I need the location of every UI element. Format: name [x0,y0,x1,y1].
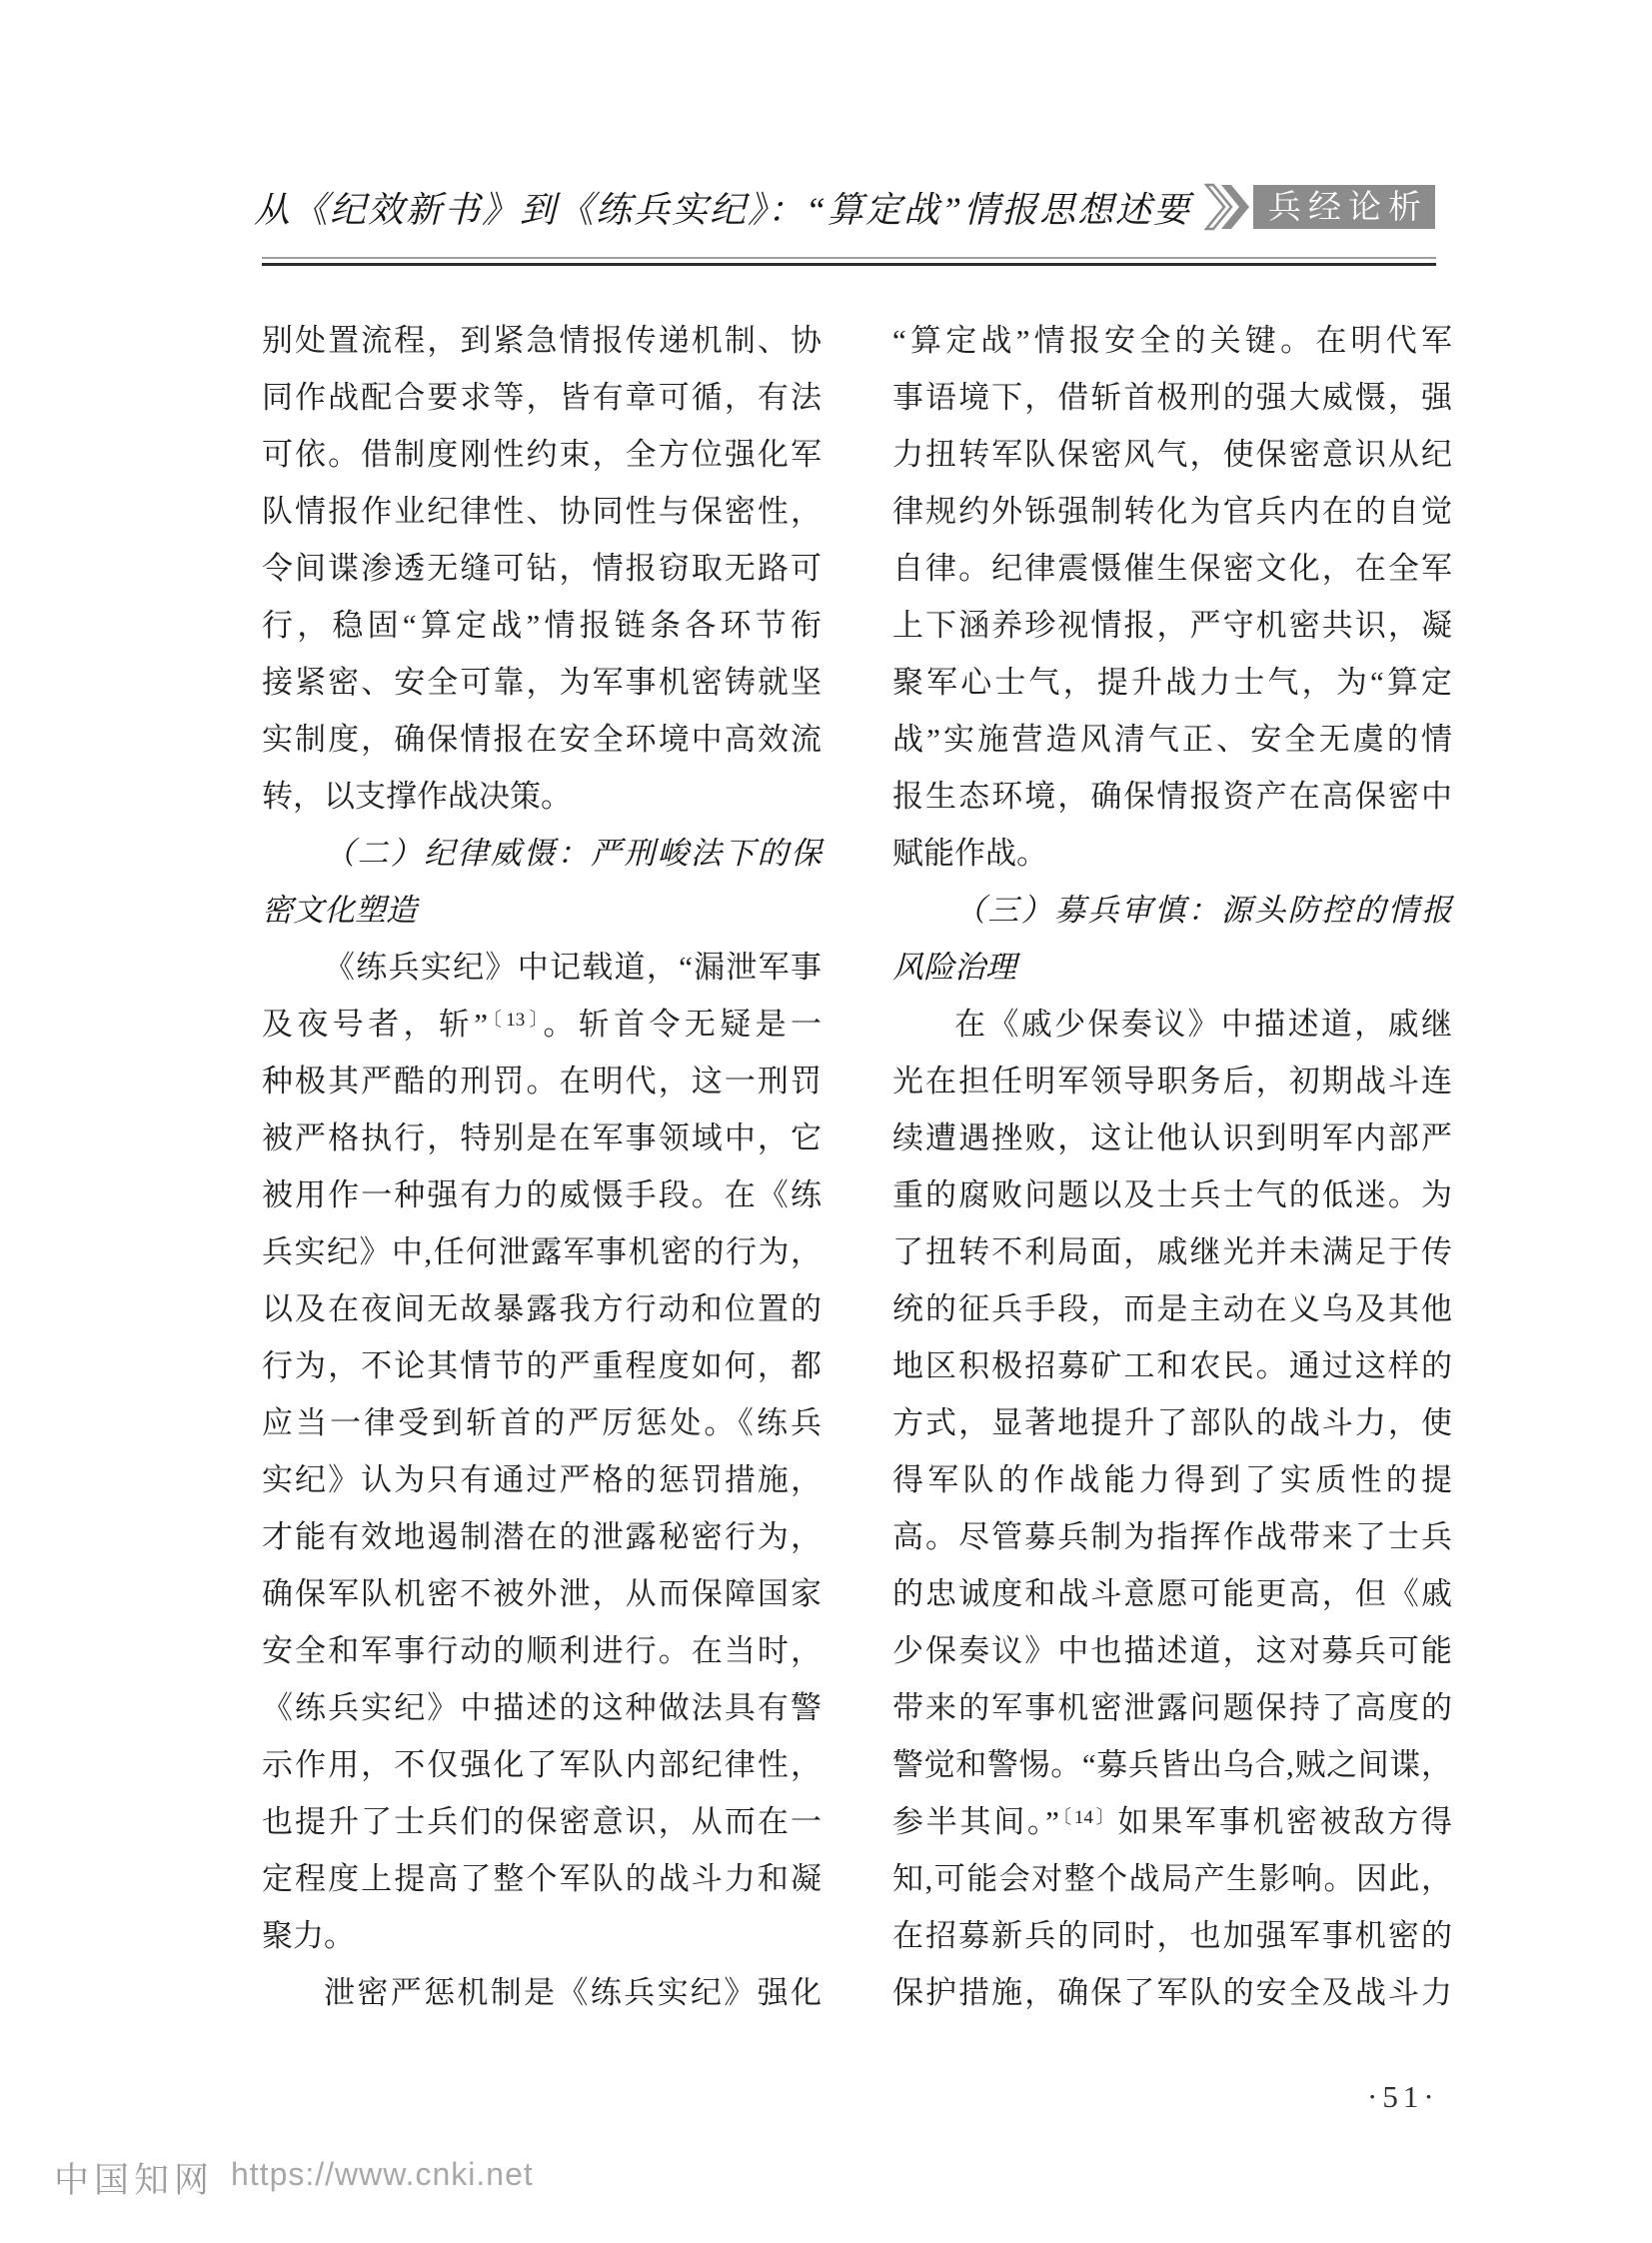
body-text-line: 泄密严惩机制是《练兵实纪》强化 [262,1964,822,2021]
body-text-line: 上下涵养珍视情报，严守机密共识，凝 [892,597,1452,654]
body-text-line: 带来的军事机密泄露问题保持了高度的 [892,1679,1452,1736]
body-text-line: 确保军队机密不被外泄，从而保障国家 [262,1565,822,1622]
scanned-paper-page: 从《纪效新书》到《练兵实纪》：“算定战”情报思想述要 兵经论析 别处置流程，到紧… [0,0,1652,2243]
body-text-line: 应当一律受到斩首的严厉惩处。《练兵 [262,1394,822,1451]
body-text-line: 了扭转不利局面，戚继光并未满足于传 [892,1223,1452,1280]
body-text-line: 《练兵实纪》中描述的这种做法具有警 [262,1679,822,1736]
body-text-line: 被用作一种强有力的威慑手段。在《练 [262,1166,822,1223]
body-text-line: 警觉和警惕。“募兵皆出乌合,贼之间谍， [892,1736,1452,1793]
body-text-line: 以及在夜间无故暴露我方行动和位置的 [262,1280,822,1337]
body-text-line: 同作战配合要求等，皆有章可循，有法 [262,369,822,426]
body-text-line: 别处置流程，到紧急情报传递机制、协 [262,312,822,369]
body-text-line: 的忠诚度和战斗意愿可能更高，但《戚 [892,1565,1452,1622]
body-text-line: 聚军心士气，提升战力士气，为“算定 [892,654,1452,711]
body-text-line: “算定战”情报安全的关键。在明代军 [892,312,1452,369]
body-text-line: 光在担任明军领导职务后，初期战斗连 [892,1053,1452,1110]
body-text-line: 律规约外铄强制转化为官兵内在的自觉 [892,483,1452,540]
body-text-line: 得军队的作战能力得到了实质性的提 [892,1451,1452,1508]
double-chevron-icon [1204,183,1250,231]
body-text-line: 种极其严酷的刑罚。在明代，这一刑罚 [262,1053,822,1110]
footnote-ref: 〔14〕 [1059,1807,1117,1828]
body-text-line: 被严格执行，特别是在军事领域中，它 [262,1110,822,1166]
body-text-line: 才能有效地遏制潜在的泄露秘密行为， [262,1508,822,1565]
header-rule-top [262,257,1436,259]
body-text-line: 统的征兵手段，而是主动在义乌及其他 [892,1280,1452,1337]
body-text-line: 地区积极招募矿工和农民。通过这样的 [892,1337,1452,1394]
body-text-line: 高。尽管募兵制为指挥作战带来了士兵 [892,1508,1452,1565]
text-segment: 参半其间。” [892,1804,1059,1839]
body-text-line: 实制度，确保情报在安全环境中高效流 [262,711,822,768]
body-text-line: 方式，显著地提升了部队的战斗力，使 [892,1394,1452,1451]
body-text-line: 接紧密、安全可靠，为军事机密铸就坚 [262,654,822,711]
cnki-url-link[interactable]: https://www.cnki.net [231,2156,534,2193]
body-text-line: 可依。借制度刚性约束，全方位强化军 [262,426,822,483]
text-segment: 及夜号者，斩” [262,1007,488,1042]
text-column-left: 别处置流程，到紧急情报传递机制、协同作战配合要求等，皆有章可循，有法可依。借制度… [262,312,822,2021]
body-text-line: 实纪》认为只有通过严格的惩罚措施， [262,1451,822,1508]
body-text-line: 《练兵实纪》中记载道，“漏泄军事 [262,939,822,996]
subsection-heading-line: 密文化塑造 [262,882,822,939]
body-text-line: 示作用，不仅强化了军队内部纪律性， [262,1736,822,1793]
body-text-line: 队情报作业纪律性、协同性与保密性， [262,483,822,540]
body-text-line: 报生态环境，确保情报资产在高保密中 [892,768,1452,825]
body-text-line: 少保奏议》中也描述道，这对募兵可能 [892,1622,1452,1679]
cnki-logo-text: 中国知网 [54,2153,214,2203]
body-text-line: 事语境下，借斩首极刑的强大威慑，强 [892,369,1452,426]
body-text-line: 知,可能会对整个战局产生影响。因此， [892,1850,1452,1907]
column-category-badge: 兵经论析 [1253,185,1435,229]
header-rule-bottom [262,263,1436,266]
body-text-line: 重的腐败问题以及士兵士气的低迷。为 [892,1166,1452,1223]
body-text-line: 定程度上提高了整个军队的战斗力和凝 [262,1850,822,1907]
body-text-line: 也提升了士兵们的保密意识，从而在一 [262,1793,822,1850]
body-text-line: 赋能作战。 [892,825,1452,882]
body-text-line: 续遭遇挫败，这让他认识到明军内部严 [892,1110,1452,1166]
body-text-line: 行，稳固“算定战”情报链条各环节衔 [262,597,822,654]
body-text-line: 安全和军事行动的顺利进行。在当时， [262,1622,822,1679]
running-head-article-title: 从《纪效新书》到《练兵实纪》：“算定战”情报思想述要 [254,182,1191,233]
body-text-line: 聚力。 [262,1907,822,1964]
running-header: 从《纪效新书》到《练兵实纪》：“算定战”情报思想述要 兵经论析 [0,182,1435,232]
subsection-heading-line: （二）纪律威慑：严刑峻法下的保 [262,825,822,882]
text-column-right: “算定战”情报安全的关键。在明代军事语境下，借斩首极刑的强大威慑，强力扭转军队保… [892,312,1452,2021]
body-text-line: 自律。纪律震慑催生保密文化，在全军 [892,540,1452,597]
page-number: ·51· [1367,2079,1439,2115]
footnote-ref: 〔13〕 [488,1010,543,1031]
subsection-heading-line: （三）募兵审慎：源头防控的情报 [892,882,1452,939]
body-text-line: 力扭转军队保密风气，使保密意识从纪 [892,426,1452,483]
body-text-line: 战”实施营造风清气正、安全无虞的情 [892,711,1452,768]
subsection-heading-line: 风险治理 [892,939,1452,996]
text-segment: 如果军事机密被敌方得 [1117,1804,1452,1839]
body-text-line: 在《戚少保奏议》中描述道，戚继 [892,996,1452,1053]
body-text-line: 令间谍渗透无缝可钻，情报窃取无路可 [262,540,822,597]
body-text-line: 兵实纪》中,任何泄露军事机密的行为， [262,1223,822,1280]
body-text-line: 转，以支撑作战决策。 [262,768,822,825]
text-segment: 。斩首令无疑是一 [543,1007,822,1042]
body-text-line: 行为，不论其情节的严重程度如何，都 [262,1337,822,1394]
body-text-line: 在招募新兵的同时，也加强军事机密的 [892,1907,1452,1964]
body-text-line: 及夜号者，斩”〔13〕。斩首令无疑是一 [262,996,822,1053]
body-text-line: 保护措施，确保了军队的安全及战斗力 [892,1964,1452,2021]
body-text-line: 参半其间。”〔14〕如果军事机密被敌方得 [892,1793,1452,1850]
